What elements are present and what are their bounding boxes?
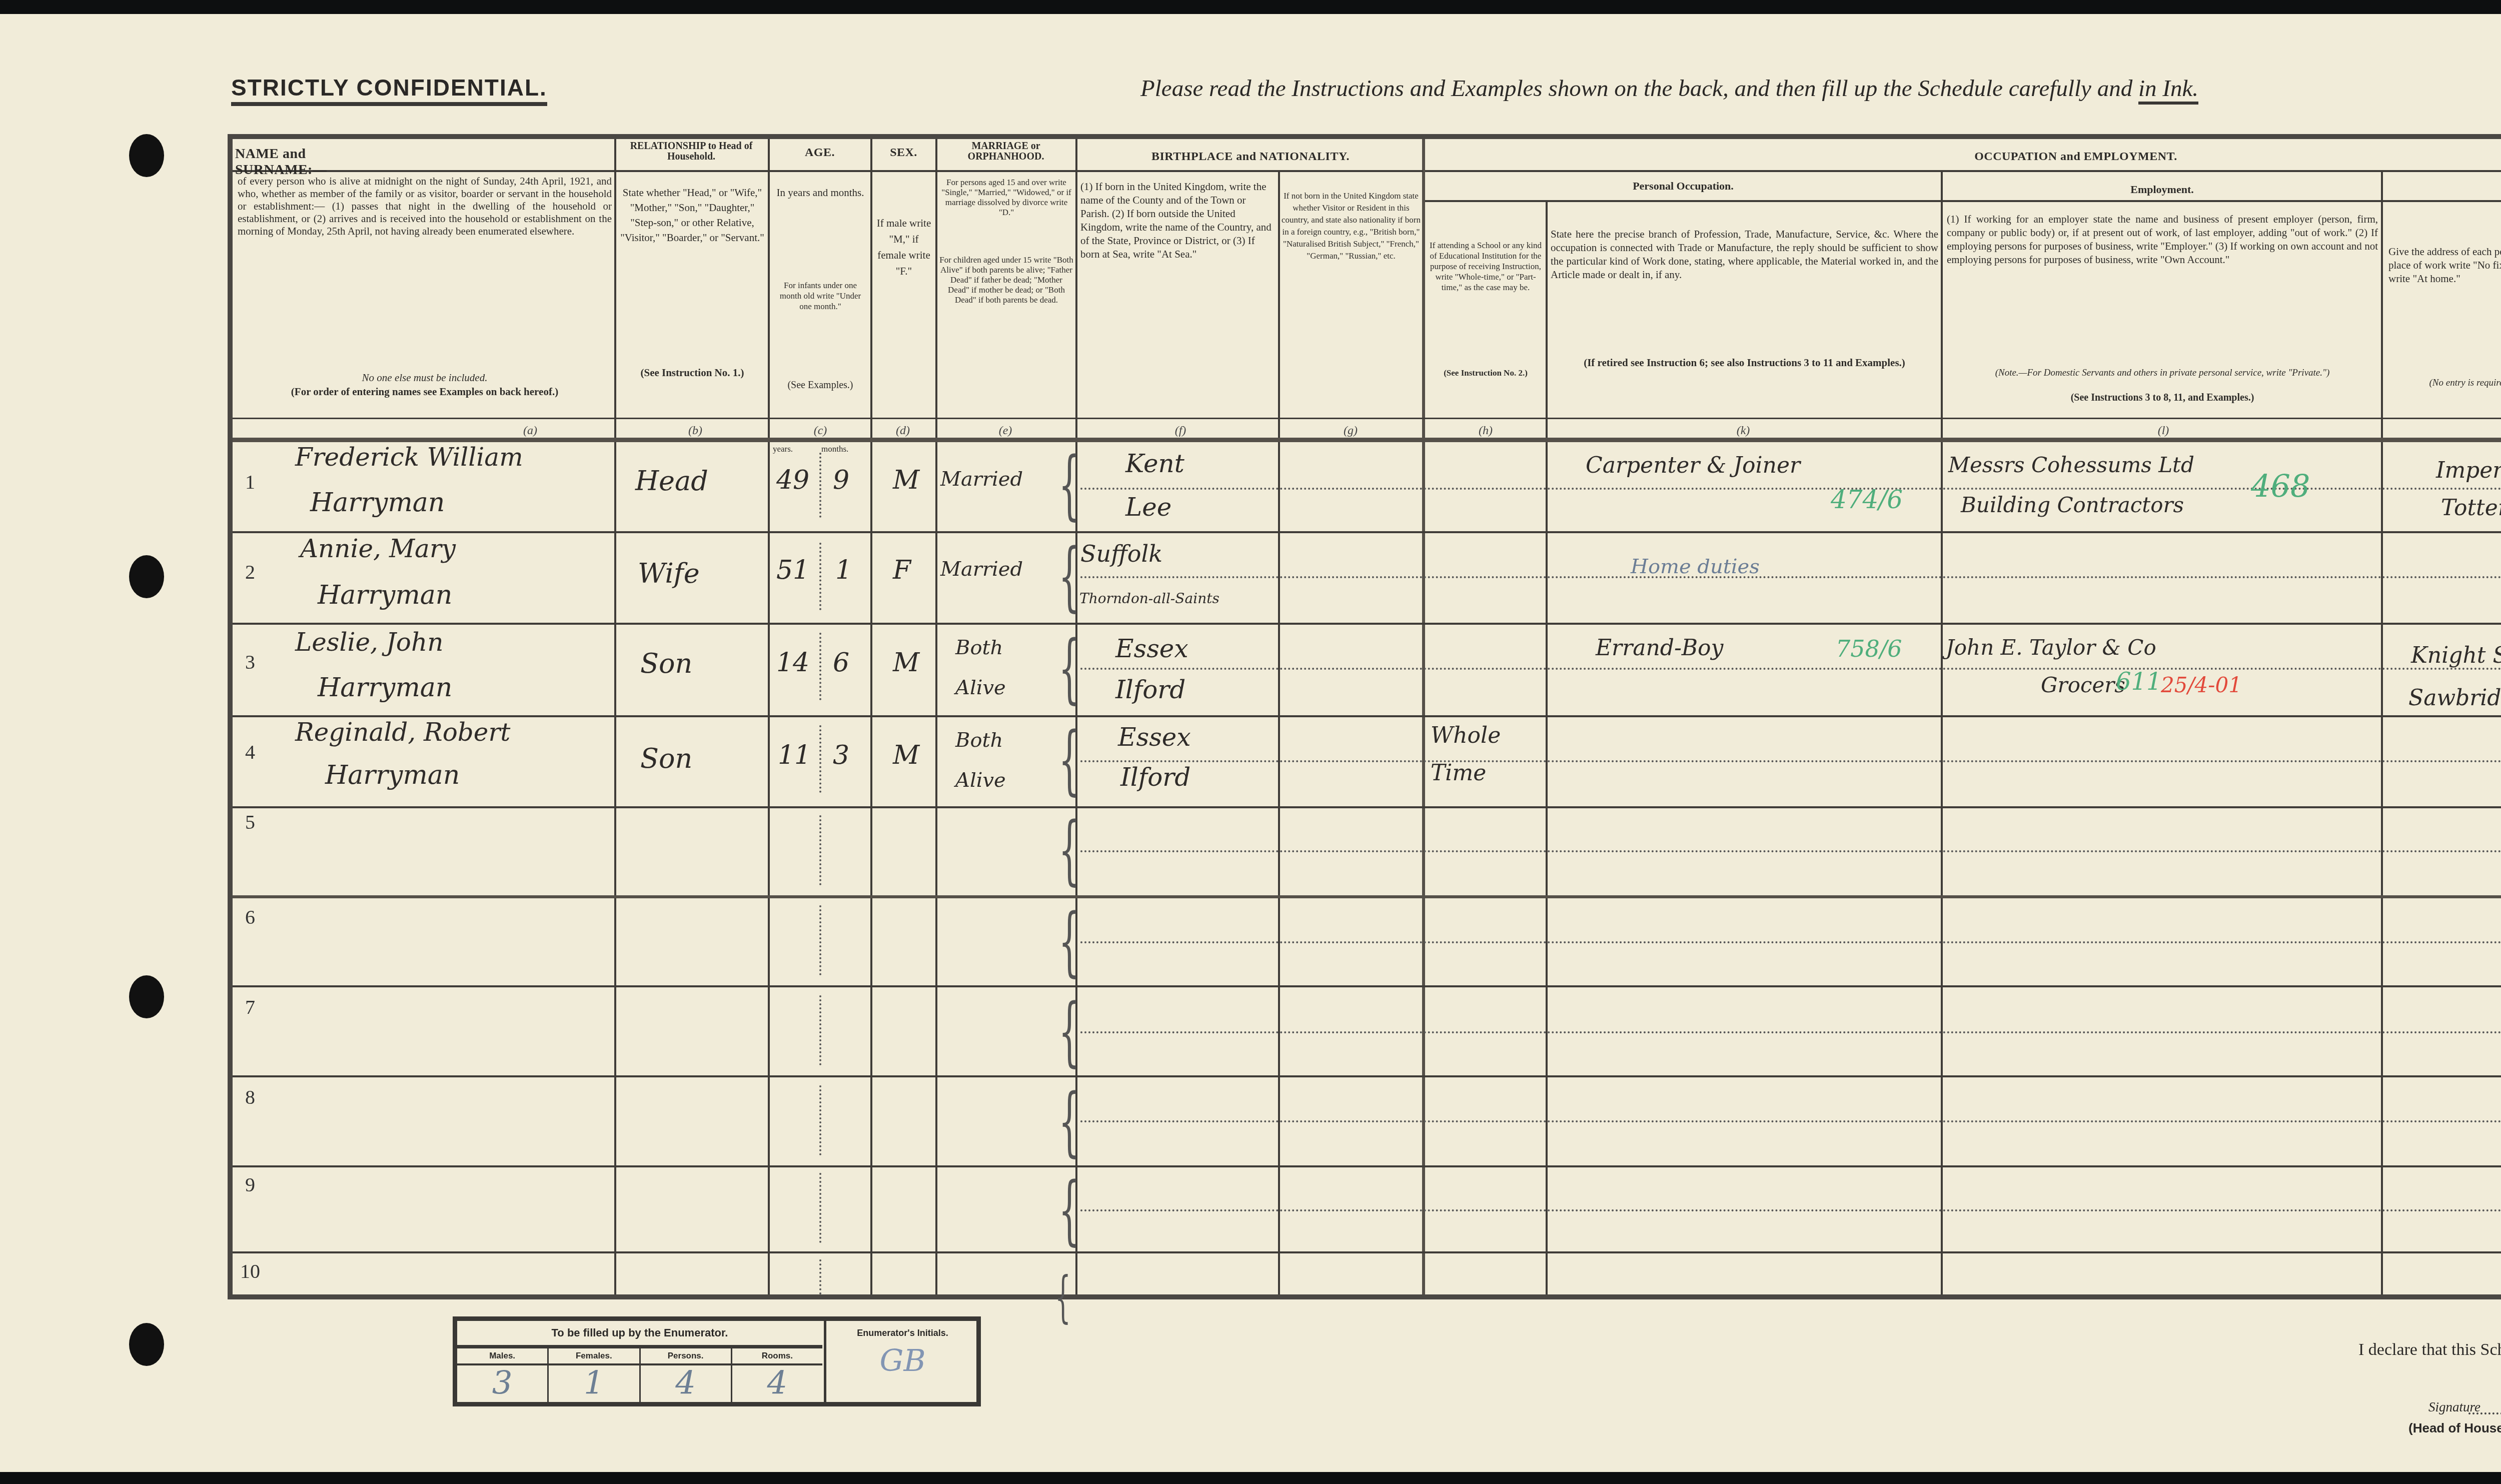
persons-value[interactable]: 4 <box>641 1365 731 1401</box>
binding-hole <box>129 134 164 177</box>
column-letter-a: (a) <box>510 424 550 438</box>
header-rule <box>1425 200 2501 202</box>
instruction-banner: Please read the Instructions and Example… <box>1140 75 2198 102</box>
age-months[interactable]: 9 <box>833 465 849 495</box>
age-months-label: months. <box>821 444 848 454</box>
header-employment-instructions: (See Instructions 3 to 8, 11, and Exampl… <box>1947 393 2378 403</box>
row-number: 8 <box>245 1085 255 1109</box>
brace-icon: { <box>1058 723 1080 798</box>
place-of-work-town[interactable]: Sawbridgeworth <box>2408 685 2501 711</box>
persons-label: Persons. <box>641 1348 731 1365</box>
column-letter-c: (c) <box>800 424 840 438</box>
age-years-label: years. <box>773 444 793 454</box>
marital-status[interactable]: Married <box>940 558 1023 581</box>
employment-code: 468 <box>2251 468 2310 504</box>
confidential-label: STRICTLY CONFIDENTIAL. <box>231 74 547 106</box>
header-education-body: If attending a School or any kind of Edu… <box>1427 240 1545 293</box>
declaration-text: I declare that this Schedule is correctl… <box>2358 1340 2501 1359</box>
marital-status[interactable]: Both Alive <box>955 628 1015 708</box>
birthplace-county[interactable]: Kent <box>1125 449 1184 478</box>
sex[interactable]: F <box>893 555 911 585</box>
brace-icon: { <box>1058 539 1080 614</box>
person-first-names[interactable]: Annie, Mary <box>300 534 456 563</box>
header-marriage-note: For children aged under 15 write "Both A… <box>939 255 1073 305</box>
binding-hole <box>129 975 164 1018</box>
header-rule <box>1425 170 2501 172</box>
birthplace-town[interactable]: Lee <box>1125 493 1171 522</box>
personal-occupation[interactable]: Carpenter & Joiner <box>1586 453 1800 478</box>
row-divider <box>233 985 2501 987</box>
header-age-title: AGE. <box>770 146 869 160</box>
person-surname[interactable]: Harryman <box>310 488 445 518</box>
education-status-2[interactable]: Time <box>1431 760 1486 786</box>
age-years[interactable]: 11 <box>778 740 811 770</box>
occupation-code: 758/6 <box>1836 635 1902 662</box>
age-separator <box>819 815 821 885</box>
males-value[interactable]: 3 <box>457 1365 547 1401</box>
row-divider <box>233 1075 2501 1077</box>
row-number: 5 <box>245 810 255 834</box>
person-surname[interactable]: Harryman <box>325 760 460 790</box>
age-separator <box>819 633 821 700</box>
row-number: 4 <box>245 740 255 764</box>
age-separator <box>819 453 821 518</box>
age-separator <box>819 905 821 975</box>
sex[interactable]: M <box>893 465 919 495</box>
enumerator-initials-value[interactable]: GB <box>826 1343 979 1378</box>
header-occupation-note: (If retired see Instruction 6; see also … <box>1551 358 1938 368</box>
row-number: 9 <box>245 1173 255 1196</box>
persons-cell: Persons.4 <box>641 1348 732 1402</box>
age-separator <box>819 543 821 610</box>
males-label: Males. <box>457 1348 547 1365</box>
header-name-title: NAME and SURNAME:— <box>235 146 385 178</box>
row-midline <box>1080 941 2501 943</box>
header-occupation-body: State here the precise branch of Profess… <box>1551 228 1938 282</box>
age-months[interactable]: 3 <box>833 740 849 770</box>
person-surname[interactable]: Harryman <box>318 673 452 703</box>
rooms-value[interactable]: 4 <box>732 1365 822 1401</box>
signature-line <box>2468 1412 2501 1414</box>
header-relationship-body: State whether "Head," or "Wife," "Mother… <box>619 185 765 245</box>
header-birthplace-body: (1) If born in the United Kingdom, write… <box>1080 180 1277 261</box>
place-of-work-town[interactable]: Tottenham, N.15 <box>2441 495 2501 521</box>
employment-date-code: 25/4-01 <box>2161 673 2242 697</box>
birthplace-town[interactable]: Ilford <box>1115 675 1185 704</box>
education-status[interactable]: Whole <box>1431 723 1501 748</box>
instruction-text: Please read the Instructions and Example… <box>1140 76 2138 102</box>
row-number: 2 <box>245 560 255 584</box>
header-sex-title: SEX. <box>872 146 935 160</box>
row-number: 10 <box>240 1259 260 1283</box>
enumerator-totals-heading: To be filled up by the Enumerator. <box>457 1321 822 1348</box>
relationship[interactable]: Son <box>640 743 692 774</box>
row-divider <box>233 1165 2501 1167</box>
row-midline <box>1080 576 2501 578</box>
brace-icon: { <box>1058 813 1080 888</box>
header-occupation-title: OCCUPATION and EMPLOYMENT. <box>1426 150 2501 164</box>
place-of-work-street[interactable]: Knight Street <box>2411 643 2501 668</box>
employment-code: 611 <box>2116 668 2162 696</box>
age-years[interactable]: 14 <box>776 648 809 678</box>
birthplace-town[interactable]: Ilford <box>1120 763 1190 792</box>
header-employment-note: (Note.—For Domestic Servants and others … <box>1947 368 2378 378</box>
row-divider <box>233 531 2501 533</box>
signature-note: (Head of Household, Manager of Establish… <box>2408 1420 2501 1436</box>
employer-business[interactable]: Grocers <box>2041 673 2125 697</box>
brace-icon: { <box>1058 448 1080 523</box>
instruction-ink: in Ink. <box>2138 76 2198 105</box>
row-divider <box>233 623 2501 625</box>
employer-business[interactable]: Building Contractors <box>1961 493 2184 517</box>
relationship[interactable]: Wife <box>638 558 700 589</box>
row-midline <box>1080 1209 2501 1211</box>
sex[interactable]: M <box>893 648 919 678</box>
header-place-of-work-title: Place of Work. <box>2383 198 2501 211</box>
header-age-note: For infants under one month old write "U… <box>773 280 868 312</box>
brace-icon: { <box>1058 904 1080 979</box>
row-divider <box>233 1251 2501 1253</box>
employer-name[interactable]: John E. Taylor & Co <box>1946 635 2156 660</box>
row-midline <box>1080 760 2501 762</box>
header-nationality-body: If not born in the United Kingdom state … <box>1281 190 1422 262</box>
females-value[interactable]: 1 <box>549 1365 639 1401</box>
row-midline <box>1080 668 2501 670</box>
header-personal-occupation-title: Personal Occupation. <box>1426 179 1941 193</box>
column-letter-d: (d) <box>883 424 923 438</box>
header-rule <box>233 418 2501 419</box>
personal-occupation[interactable]: Errand-Boy <box>1596 635 1723 661</box>
header-rule <box>233 170 1423 172</box>
age-separator <box>819 1173 821 1243</box>
employer-name[interactable]: Messrs Cohessums Ltd <box>1948 453 2194 477</box>
person-first-names[interactable]: Frederick William <box>295 443 523 472</box>
enumerator-totals-box: To be filled up by the Enumerator. Males… <box>453 1316 981 1406</box>
col-divider <box>2381 170 2383 1294</box>
age-separator <box>819 995 821 1065</box>
binding-hole <box>129 555 164 598</box>
col-divider <box>1941 170 1943 1294</box>
personal-occupation[interactable]: Home duties <box>1631 555 1760 578</box>
header-employment-body: (1) If working for an employer state the… <box>1947 213 2378 267</box>
row-number: 3 <box>245 650 255 674</box>
header-name-body: of every person who is alive at midnight… <box>238 175 612 238</box>
age-months[interactable]: 6 <box>833 648 849 678</box>
age-years[interactable]: 49 <box>776 465 809 495</box>
header-sex-body: If male write "M," if female write "F." <box>874 215 933 279</box>
row-midline <box>1080 1120 2501 1122</box>
enumerator-initials-label: Enumerator's Initials. <box>826 1321 979 1338</box>
column-letter-g: (g) <box>1331 424 1371 438</box>
binding-hole <box>129 1323 164 1366</box>
birthplace-county[interactable]: Essex <box>1115 634 1188 663</box>
header-birthplace-title: BIRTHPLACE and NATIONALITY. <box>1078 150 1423 164</box>
relationship[interactable]: Son <box>640 648 692 679</box>
age-separator <box>819 725 821 793</box>
person-surname[interactable]: Harryman <box>318 580 452 610</box>
header-marriage-title: MARRIAGE or ORPHANHOOD. <box>937 141 1074 162</box>
column-letter-e: (e) <box>985 424 1025 438</box>
column-letter-b: (b) <box>675 424 715 438</box>
brace-icon: { <box>1058 1084 1080 1159</box>
col-divider <box>1278 170 1280 1294</box>
age-years[interactable]: 51 <box>776 555 809 585</box>
header-relationship-note: (See Instruction No. 1.) <box>619 368 765 378</box>
birthplace-county[interactable]: Essex <box>1118 723 1191 752</box>
birthplace-town[interactable]: Thorndon-all-Saints <box>1079 590 1219 607</box>
header-age-body: In years and months. <box>773 185 868 200</box>
header-rule-thick <box>233 438 2501 442</box>
males-cell: Males.3 <box>457 1348 549 1402</box>
brace-icon: { <box>1058 994 1080 1069</box>
column-letter-l: (l) <box>2143 424 2183 438</box>
header-place-of-work-note: (No entry is required for any person who… <box>2388 378 2501 388</box>
header-name-order-note: (For order of entering names see Example… <box>238 387 612 397</box>
birthplace-county[interactable]: Suffolk <box>1080 540 1162 567</box>
row-number: 6 <box>245 905 255 929</box>
rooms-label: Rooms. <box>732 1348 822 1365</box>
enumerator-initials-cell: Enumerator's Initials. GB <box>824 1321 979 1402</box>
row-divider <box>233 895 2501 898</box>
brace-icon: { <box>1055 1259 1071 1334</box>
row-number: 7 <box>245 995 255 1019</box>
sex[interactable]: M <box>893 740 919 770</box>
females-cell: Females.1 <box>549 1348 640 1402</box>
row-midline <box>1080 850 2501 852</box>
marital-status[interactable]: Both Alive <box>955 720 1015 800</box>
col-divider <box>1546 200 1548 1294</box>
person-first-names[interactable]: Reginald, Robert <box>295 718 510 747</box>
marital-status[interactable]: Married <box>940 468 1023 491</box>
brace-icon: { <box>1058 631 1080 706</box>
place-of-work-street[interactable]: Imperial Works <box>2436 458 2501 483</box>
age-separator <box>819 1259 821 1294</box>
header-marriage-body: For persons aged 15 and over write "Sing… <box>939 178 1073 218</box>
rooms-cell: Rooms.4 <box>732 1348 822 1402</box>
row-number: 1 <box>245 470 255 494</box>
relationship[interactable]: Head <box>635 465 708 497</box>
person-first-names[interactable]: Leslie, John <box>295 628 443 657</box>
age-separator <box>819 1085 821 1155</box>
row-divider <box>233 806 2501 808</box>
column-letter-h: (h) <box>1466 424 1506 438</box>
header-name-note: No one else must be included. <box>238 373 612 383</box>
column-letter-k: (k) <box>1723 424 1763 438</box>
row-midline <box>1080 1031 2501 1033</box>
header-relationship-title: RELATIONSHIP to Head of Household. <box>616 141 766 162</box>
age-months[interactable]: 1 <box>835 555 852 585</box>
row-divider <box>233 715 2501 717</box>
header-place-of-work-body: Give the address of each person's place … <box>2388 245 2501 286</box>
header-age-examples: (See Examples.) <box>773 380 868 391</box>
occupation-code: 474/6 <box>1831 485 1903 514</box>
brace-icon: { <box>1058 1173 1080 1248</box>
header-employment-title: Employment. <box>1943 183 2381 196</box>
column-letter-f: (f) <box>1160 424 1200 438</box>
header-education-note: (See Instruction No. 2.) <box>1427 368 1545 378</box>
females-label: Females. <box>549 1348 639 1365</box>
